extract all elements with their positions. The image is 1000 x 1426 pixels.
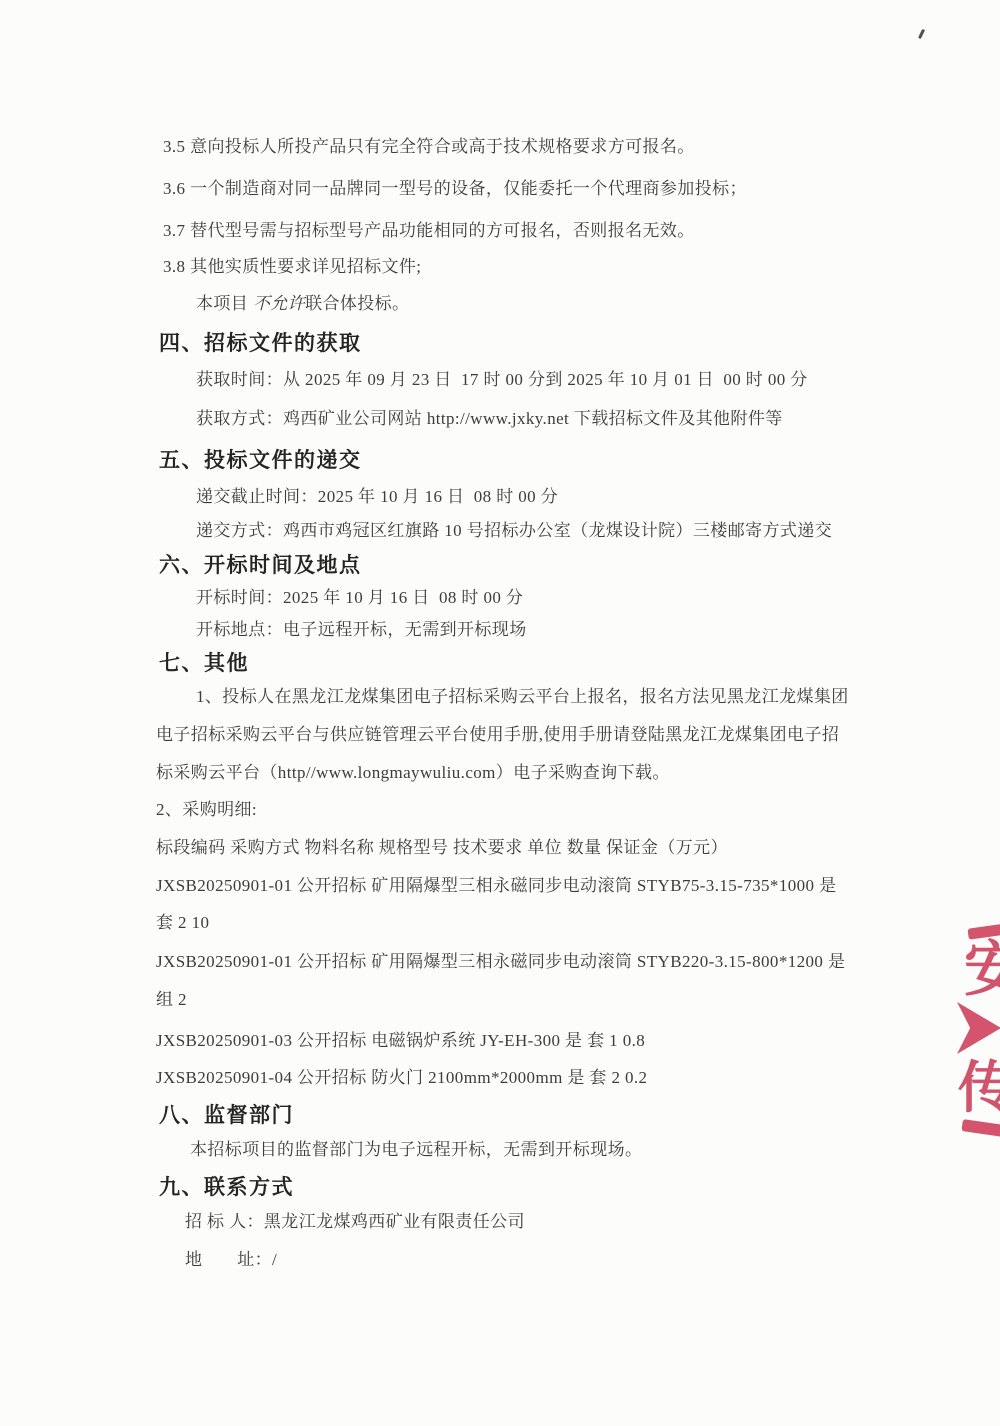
clause-3-7: 3.7 替代型号需与招标型号产品功能相同的方可报名，否则报名无效。 bbox=[163, 221, 695, 241]
scanned-tender-document-page: 3.5 意向投标人所投产品只有完全符合或高于技术规格要求方可报名。 3.6 一个… bbox=[0, 0, 1000, 1426]
procurement-row-3: JXSB20250901-03 公开招标 电磁锅炉系统 JY-EH-300 是 … bbox=[156, 1031, 645, 1051]
other-paragraph-line-2: 电子招标采购云平台与供应链管理云平台使用手册,使用手册请登陆黑龙江龙煤集团电子招 bbox=[156, 725, 839, 745]
submission-method-line: 递交方式：鸡西市鸡冠区红旗路 10 号招标办公室（龙煤设计院）三楼邮寄方式递交 bbox=[196, 521, 832, 541]
other-paragraph-line-3: 标采购云平台（http//www.longmaywuliu.com）电子采购查询… bbox=[156, 763, 670, 783]
stamp-arrow-shape bbox=[957, 1002, 1000, 1054]
procurement-detail-title: 2、采购明细: bbox=[156, 800, 257, 820]
opening-place-line: 开标地点：电子远程开标，无需到开标现场 bbox=[196, 620, 527, 640]
section-heading-obtain-documents: 四、招标文件的获取 bbox=[159, 331, 362, 356]
supervision-line: 本招标项目的监督部门为电子远程开标，无需到开标现场。 bbox=[190, 1140, 642, 1160]
procurement-row-1-continued: 套 2 10 bbox=[156, 913, 209, 933]
clause-3-5: 3.5 意向投标人所投产品只有完全符合或高于技术规格要求方可报名。 bbox=[163, 137, 695, 157]
section-heading-other: 七、其他 bbox=[159, 651, 249, 676]
obtain-method-line: 获取方式：鸡西矿业公司网站 http://www.jxky.net 下载招标文件… bbox=[196, 409, 783, 429]
section-heading-supervision: 八、监督部门 bbox=[159, 1103, 294, 1128]
other-paragraph-line-1: 1、投标人在黑龙江龙煤集团电子招标采购云平台上报名，报名方法见黑龙江龙煤集团 bbox=[196, 687, 849, 707]
procurement-row-1: JXSB20250901-01 公开招标 矿用隔爆型三相永磁同步电动滚筒 STY… bbox=[156, 876, 836, 896]
no-joint-venture-line: 本项目 不允许联合体投标。 bbox=[196, 294, 409, 314]
section-heading-contact: 九、联系方式 bbox=[159, 1175, 294, 1200]
submission-deadline-line: 递交截止时间：2025 年 10 月 16 日 08 时 00 分 bbox=[196, 487, 558, 507]
tenderer-line: 招 标 人：黑龙江龙煤鸡西矿业有限责任公司 bbox=[185, 1212, 525, 1232]
address-line: 地 址：/ bbox=[185, 1250, 277, 1270]
opening-time-line: 开标时间：2025 年 10 月 16 日 08 时 00 分 bbox=[196, 588, 523, 608]
procurement-row-2: JXSB20250901-01 公开招标 矿用隔爆型三相永磁同步电动滚筒 STY… bbox=[156, 952, 845, 972]
stamp-character-bottom: 传 bbox=[958, 1060, 1000, 1116]
section-heading-bid-opening: 六、开标时间及地点 bbox=[159, 553, 362, 578]
stamp-bar-bottom bbox=[961, 1119, 1000, 1137]
procurement-table-header: 标段编码 采购方式 物料名称 规格型号 技术要求 单位 数量 保证金（万元） bbox=[156, 838, 728, 858]
no-jv-suffix: 联合体投标。 bbox=[305, 294, 409, 313]
procurement-row-2-continued: 组 2 bbox=[156, 990, 187, 1010]
procurement-row-4: JXSB20250901-04 公开招标 防火门 2100mm*2000mm 是… bbox=[156, 1068, 647, 1088]
clause-3-6: 3.6 一个制造商对同一品牌同一型号的设备，仅能委托一个代理商参加投标； bbox=[163, 179, 747, 199]
no-jv-italic: 不允许 bbox=[253, 294, 305, 313]
no-jv-prefix: 本项目 bbox=[196, 294, 253, 313]
stamp-character-top: 安 bbox=[964, 940, 1000, 1000]
clause-3-8: 3.8 其他实质性要求详见招标文件; bbox=[163, 257, 421, 277]
scan-artifact-mark bbox=[918, 29, 925, 39]
section-heading-bid-submission: 五、投标文件的递交 bbox=[159, 448, 362, 473]
obtain-time-line: 获取时间：从 2025 年 09 月 23 日 17 时 00 分到 2025 … bbox=[196, 370, 808, 390]
